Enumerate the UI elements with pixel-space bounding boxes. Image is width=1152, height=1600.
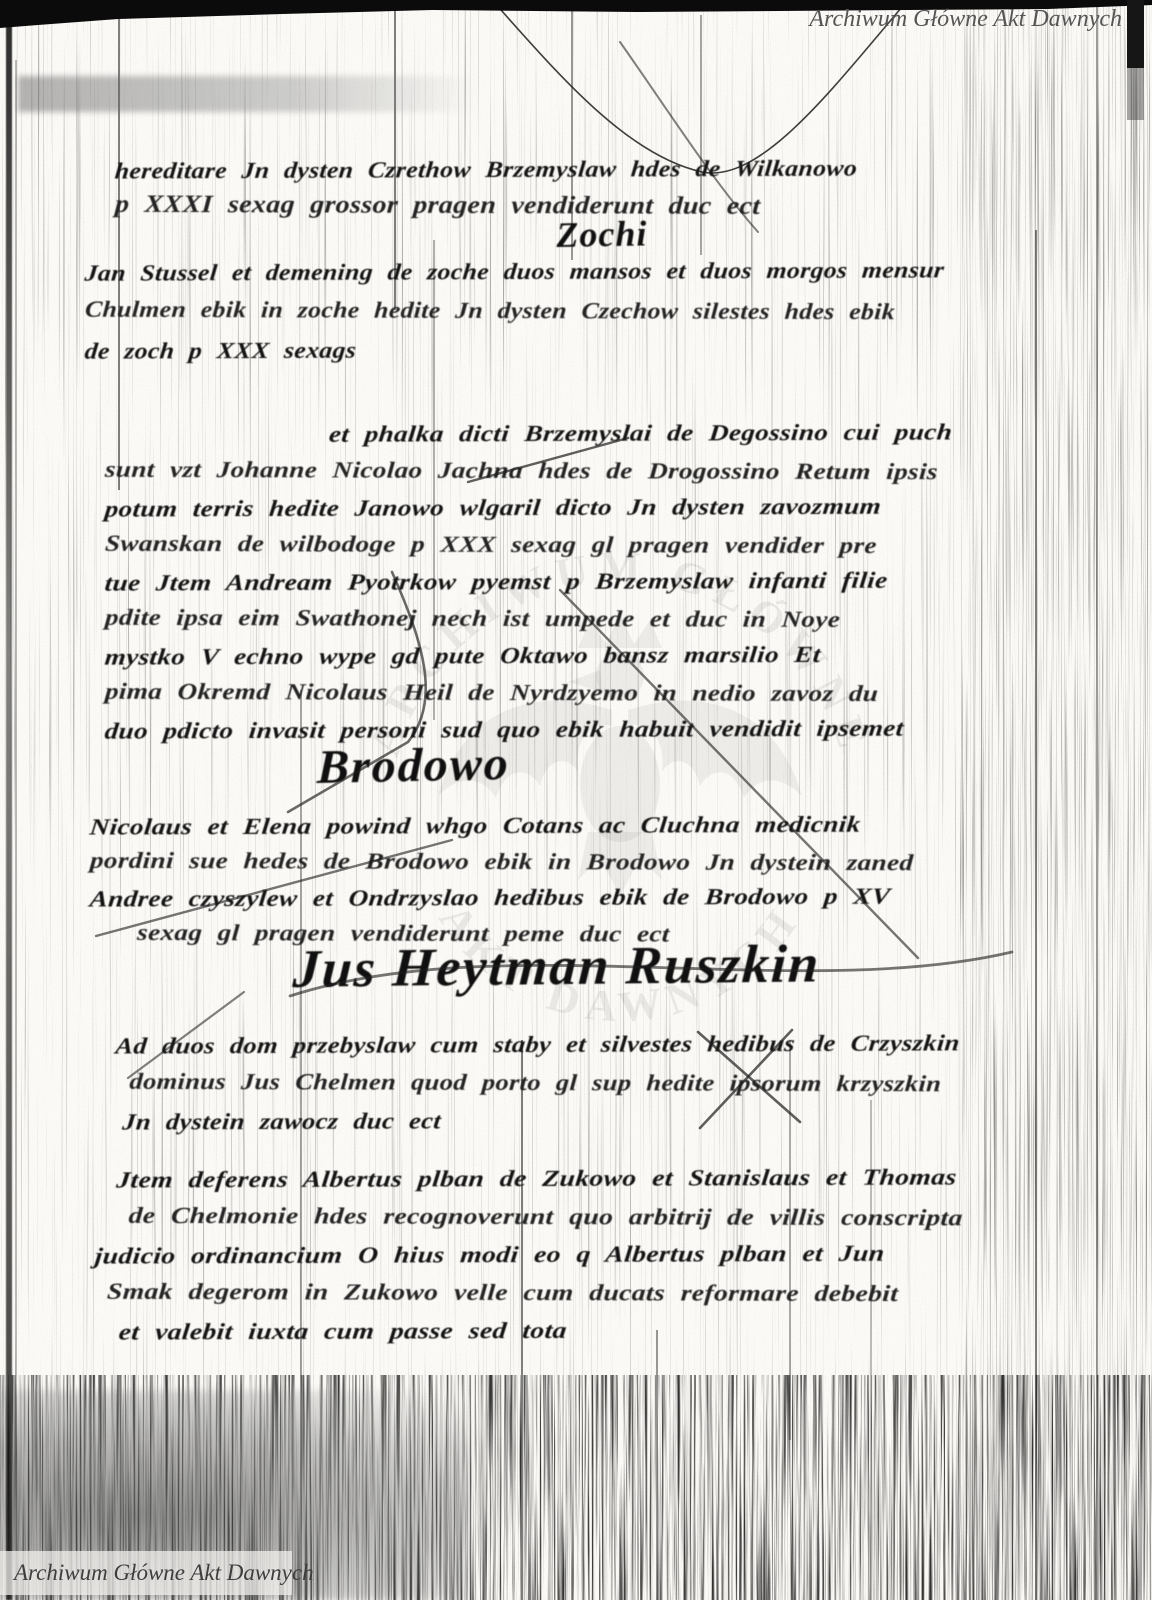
manuscript-line: Nicolaus et Elena powind whgo Cotans ac … xyxy=(88,806,915,845)
manuscript-line: tue Jtem Andream Pyotrkow pyemst p Brzem… xyxy=(103,561,954,601)
manuscript-entry: Nicolaus et Elena powind whgo Cotans ac … xyxy=(90,808,913,952)
manuscript-entry: hereditare Jn dysten Czrethow Brzemyslaw… xyxy=(115,152,857,224)
section-heading-ruszkin: Jus Heytman Ruszkin xyxy=(291,932,822,1000)
scan-notch-fade xyxy=(1127,68,1144,120)
manuscript-line: et valebit iuxta cum passe sed tota xyxy=(93,1310,965,1351)
manuscript-line: pima Okremd Nicolaus Heil de Nyrdzyemo i… xyxy=(104,673,953,713)
manuscript-entry: Jtem deferens Albertus plban de Zukowo e… xyxy=(95,1160,963,1350)
manuscript-line: Andree czyszylew et Ondrzyslao hedibus e… xyxy=(88,878,915,917)
watermark-bottom-band: Archiwum Główne Akt Dawnych xyxy=(0,1551,292,1595)
manuscript-line: Jn dystein zawocz duc ect xyxy=(93,1100,962,1141)
manuscript-line: sunt vzt Johanne Nicolao Jachna hdes de … xyxy=(104,451,953,491)
section-heading-brodowo: Brodowo xyxy=(316,736,510,795)
watermark-bottom-left: Archiwum Główne Akt Dawnych xyxy=(0,1560,314,1586)
manuscript-entry: Jan Stussel et demening de zoche duos ma… xyxy=(85,252,944,369)
manuscript-line: de zoch p XXX sexags xyxy=(83,328,946,370)
manuscript-line: judicio ordinancium O hius modi eo q Alb… xyxy=(93,1234,965,1275)
manuscript-line: potum terris hedite Janowo wlgaril dicto… xyxy=(103,487,954,527)
manuscript-line: pdite ipsa eim Swathonej nech ist umpede… xyxy=(104,599,953,639)
manuscript-line: duo pdicto invasit personi sud quo ebik … xyxy=(103,709,954,749)
manuscript-line: dominus Jus Chelmen quod porto gl sup he… xyxy=(94,1063,961,1104)
manuscript-entry: et phalka dicti Brzemyslai de Degossino … xyxy=(105,415,952,748)
manuscript-ink: hereditare Jn dysten Czrethow Brzemyslaw… xyxy=(0,0,1152,1600)
manuscript-line: hereditare Jn dysten Czrethow Brzemyslaw… xyxy=(113,151,859,190)
manuscript-line: Jtem deferens Albertus plban de Zukowo e… xyxy=(93,1158,965,1199)
manuscript-line: pordini sue hedes de Brodowo ebik in Bro… xyxy=(89,843,915,881)
scan-notch xyxy=(1127,0,1144,68)
section-heading-zochi: Zochi xyxy=(556,212,648,256)
manuscript-line: Smak degerom in Zukowo velle cum ducats … xyxy=(94,1273,964,1314)
manuscript-line: et phalka dicti Brzemyslai de Degossino … xyxy=(103,413,954,453)
manuscript-line: Chulmen ebik in zoche hedite Jn dysten C… xyxy=(84,290,945,332)
manuscript-line: de Chelmonie hdes recognoverunt quo arbi… xyxy=(94,1197,964,1238)
manuscript-scan-page: ARCHIWUM GŁÓWNE AKT DAWNYCH hereditare J… xyxy=(0,0,1152,1600)
manuscript-line: p XXXI sexag grossor pragen vendiderunt … xyxy=(114,187,858,225)
scan-edge-left-faint xyxy=(15,60,17,1600)
manuscript-line: Swanskan de wilbodoge p XXX sexag gl pra… xyxy=(104,525,953,565)
manuscript-line: Ad duos dom przebyslaw cum staby et silv… xyxy=(93,1024,962,1065)
manuscript-line: Jan Stussel et demening de zoche duos ma… xyxy=(83,250,946,292)
watermark-top-right: Archiwum Główne Akt Dawnych xyxy=(809,6,1122,33)
scan-edge-left xyxy=(6,20,12,1600)
manuscript-entry: Ad duos dom przebyslaw cum staby et silv… xyxy=(95,1026,960,1140)
manuscript-line: mystko V echno wype gd pute Oktawo bansz… xyxy=(103,635,954,675)
